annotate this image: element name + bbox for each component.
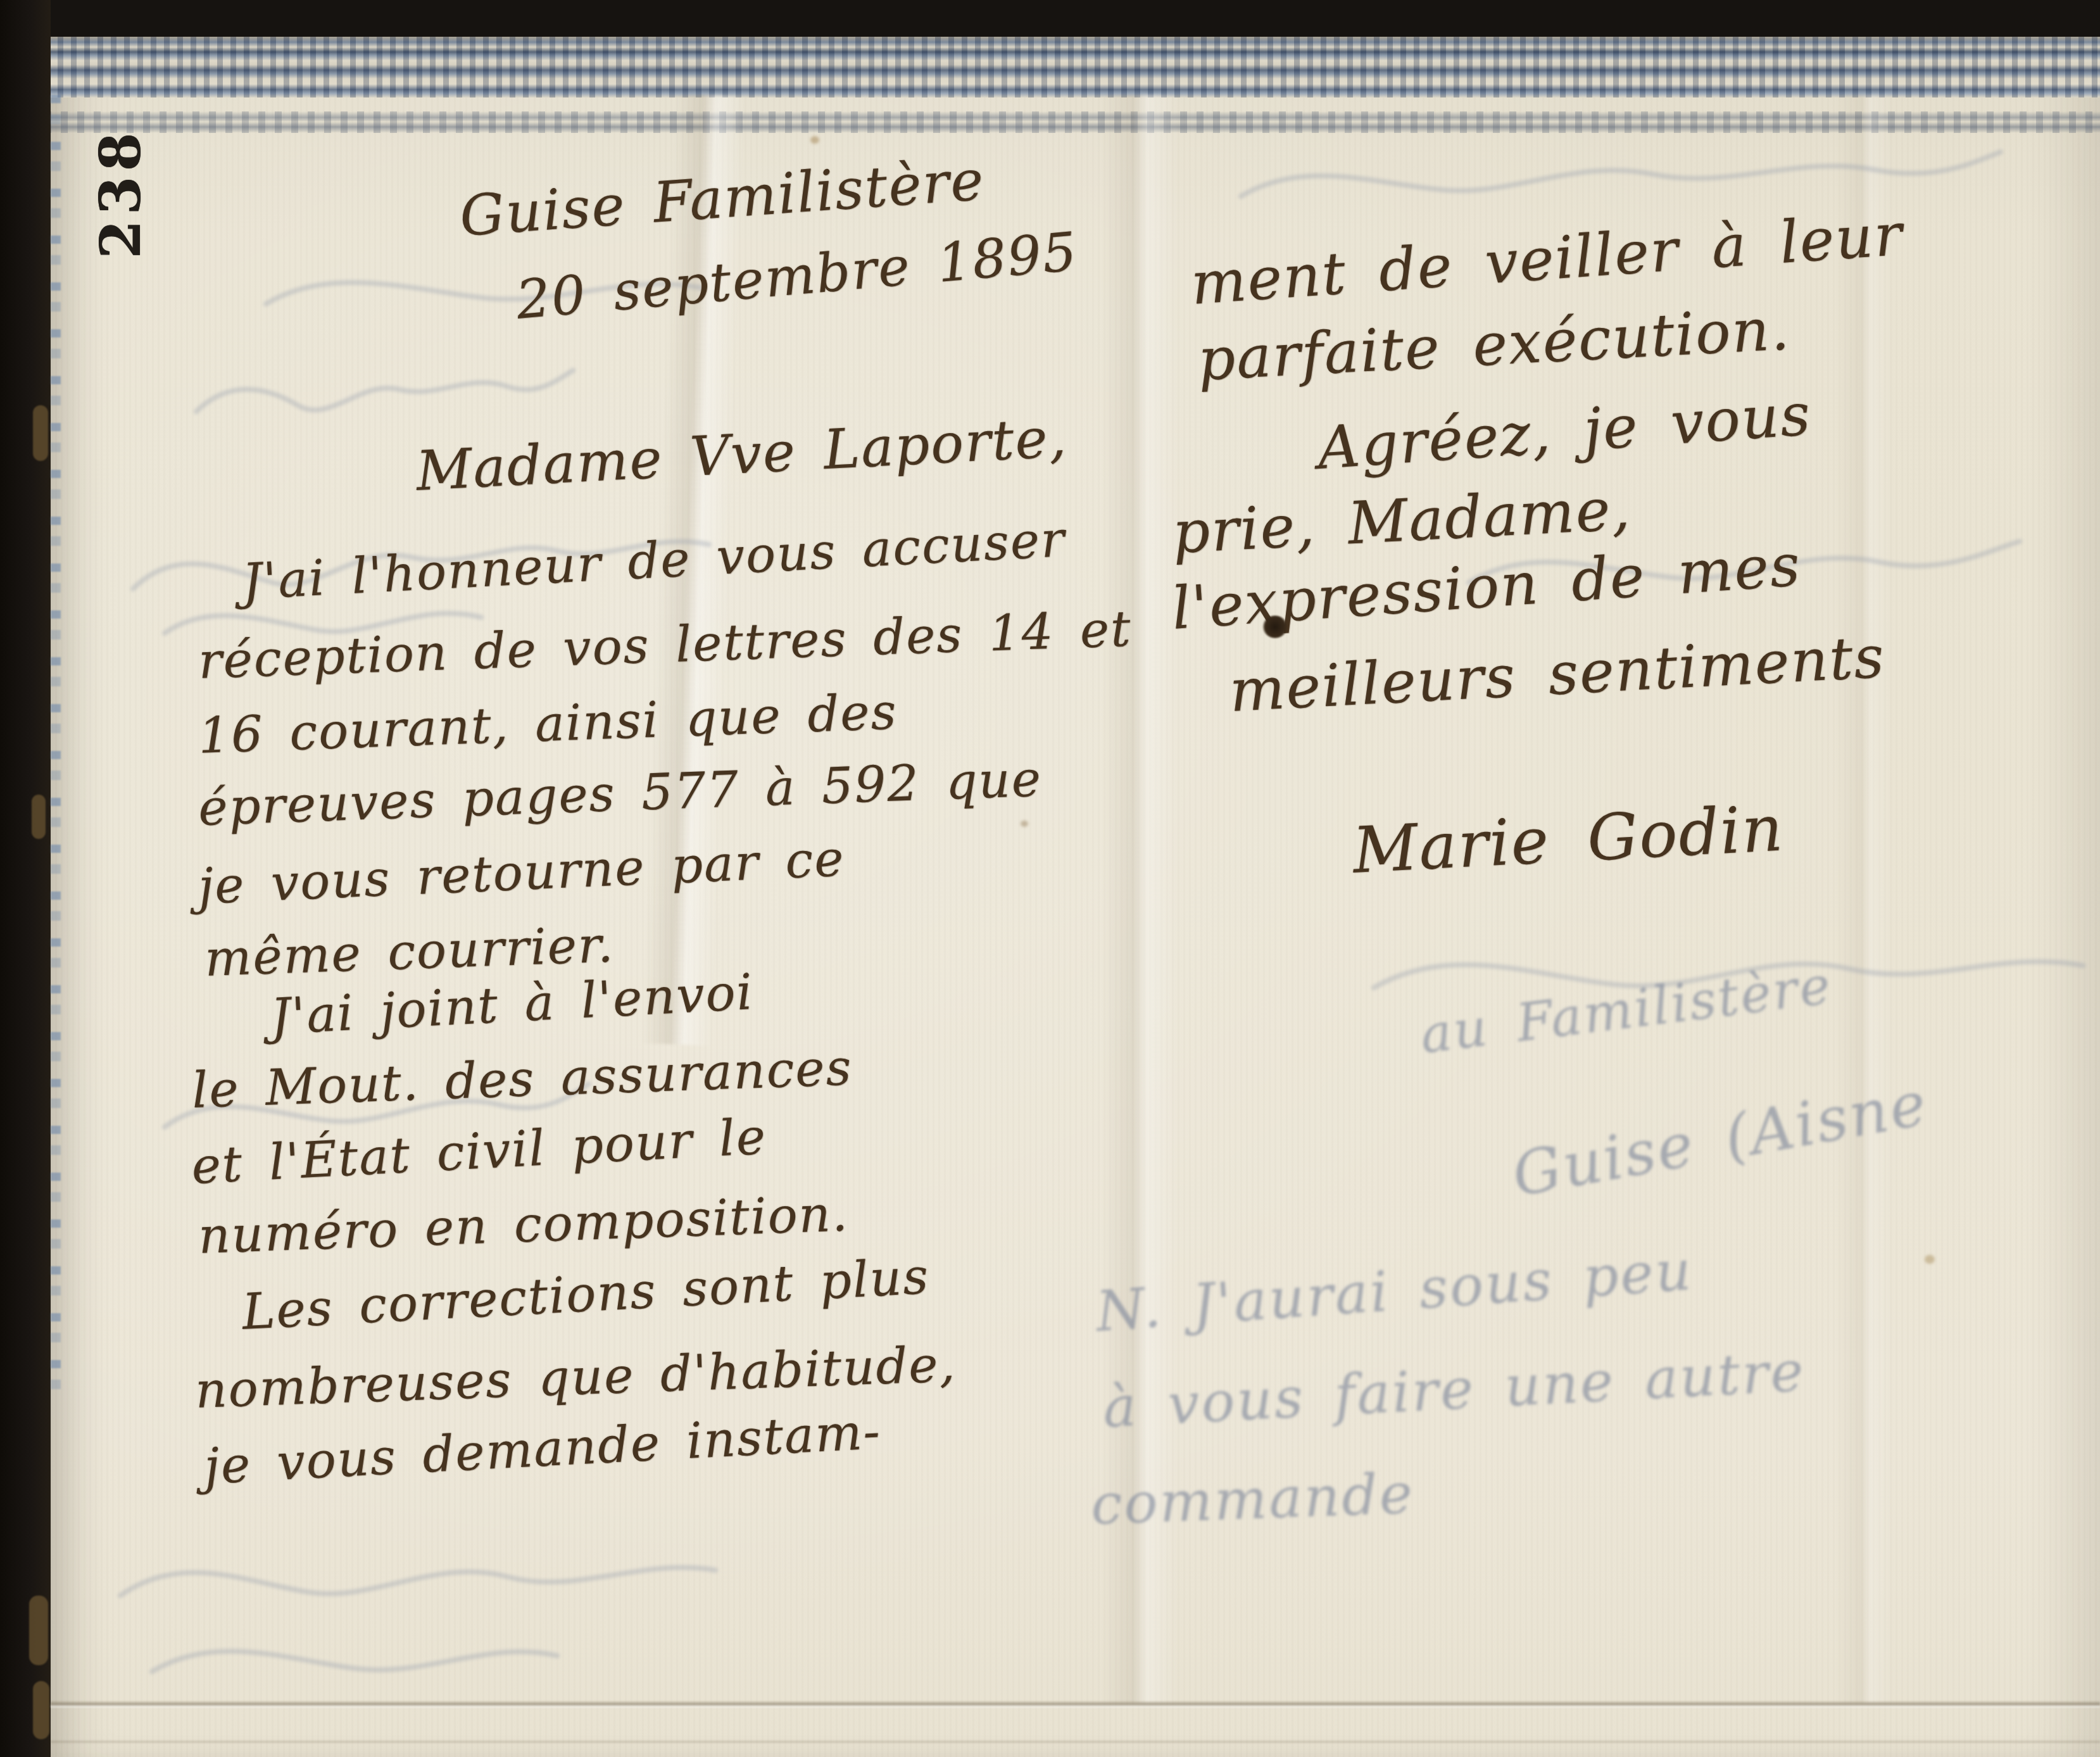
ghost-line: commande bbox=[1090, 1461, 1415, 1537]
foxing-stain bbox=[1925, 1255, 1935, 1264]
ink-blot bbox=[1262, 615, 1288, 638]
foxing-stain bbox=[810, 136, 819, 144]
letterbook-scan: 238 Guise Familistère 20 septembre 1895 … bbox=[0, 0, 2100, 1757]
page-number: 238 bbox=[87, 127, 153, 259]
foxing-stain bbox=[1021, 821, 1028, 827]
page-number-stamp: 238 bbox=[60, 101, 180, 285]
